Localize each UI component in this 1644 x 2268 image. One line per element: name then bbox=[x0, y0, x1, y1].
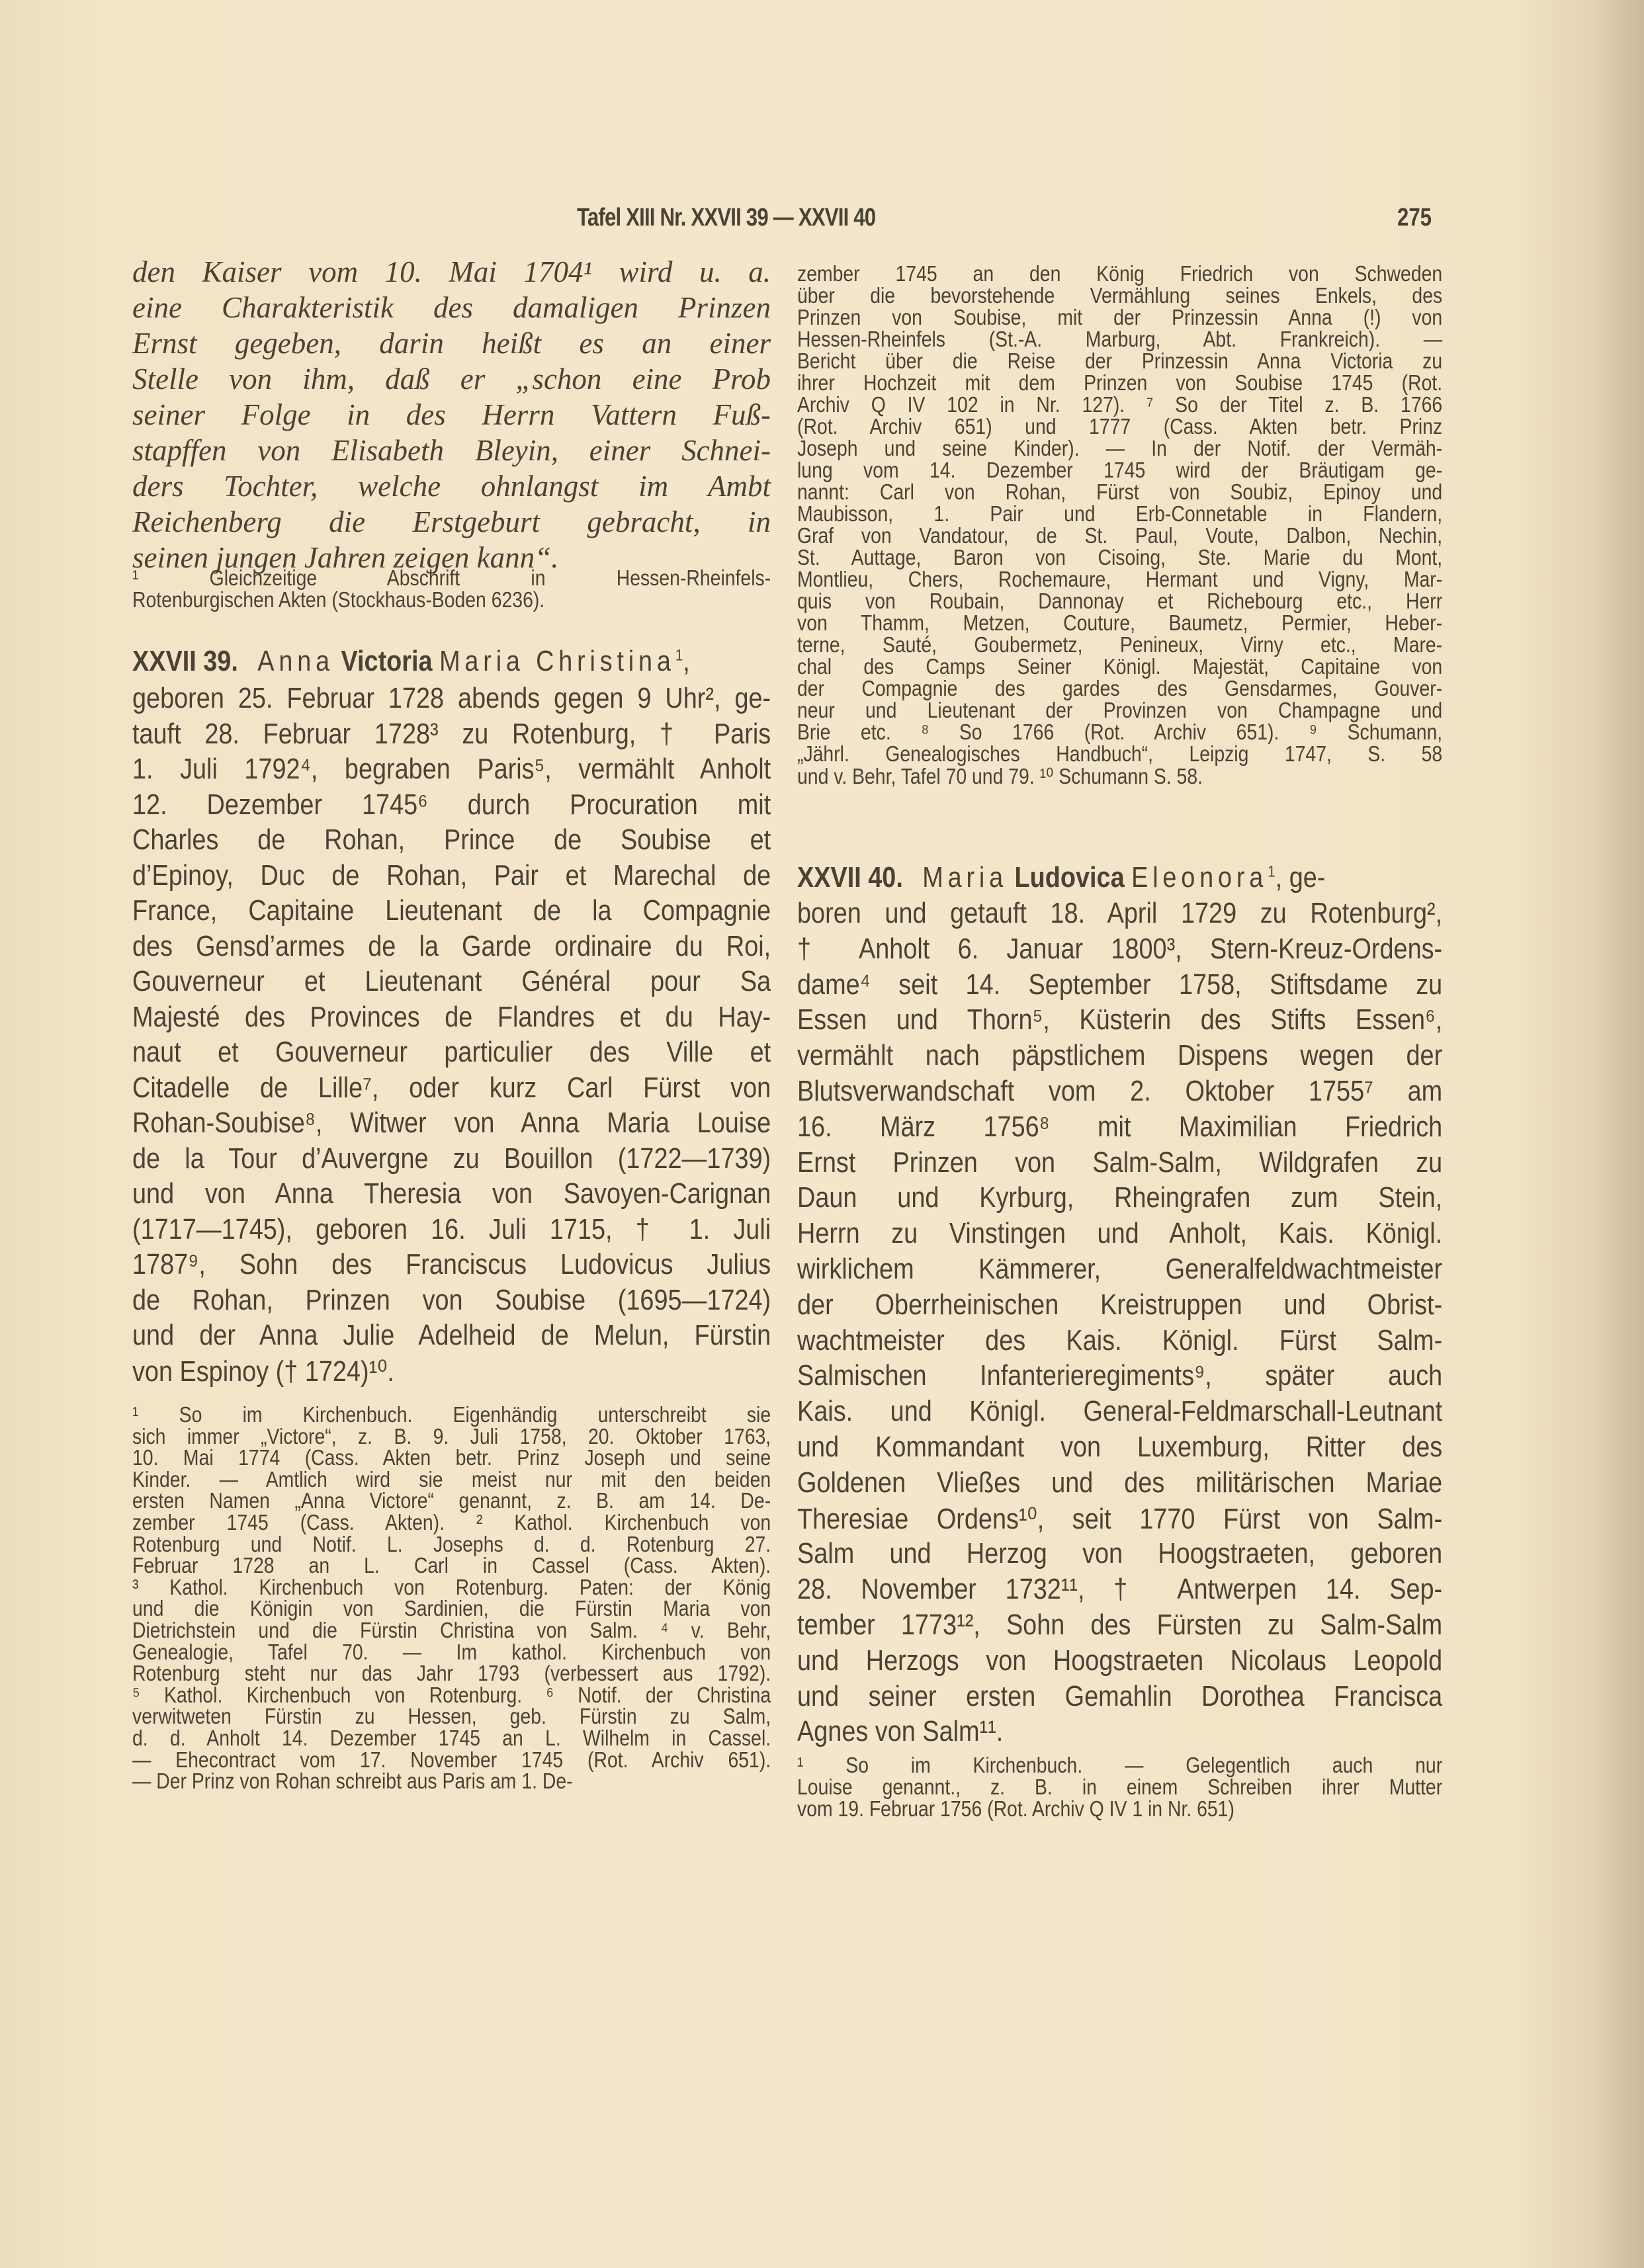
page-number: 275 bbox=[1397, 204, 1432, 232]
entry-number: XXVII 40. bbox=[797, 861, 903, 894]
running-title: Tafel XIII Nr. XXVII 39 — XXVII 40 bbox=[577, 204, 875, 232]
entry-name-rest: Eleonora bbox=[1131, 861, 1268, 894]
entry-name-primary: Victoria bbox=[341, 645, 432, 677]
entry-name-rest: Maria Christina bbox=[439, 645, 675, 677]
entry-xxvii-39-heading: XXVII 39. Anna Victoria Maria Christina1… bbox=[132, 645, 771, 678]
running-header: Tafel XIII Nr. XXVII 39 — XXVII 40 275 bbox=[0, 204, 1644, 237]
entry-number: XXVII 39. bbox=[132, 645, 238, 677]
entry-name-given: Maria bbox=[922, 861, 1008, 894]
entry-xxvii-40-heading: XXVII 40. Maria Ludovica Eleonora1, ge- bbox=[797, 861, 1442, 894]
entry-name-given: Anna bbox=[257, 645, 334, 677]
entry-name-primary: Ludovica bbox=[1015, 861, 1125, 894]
